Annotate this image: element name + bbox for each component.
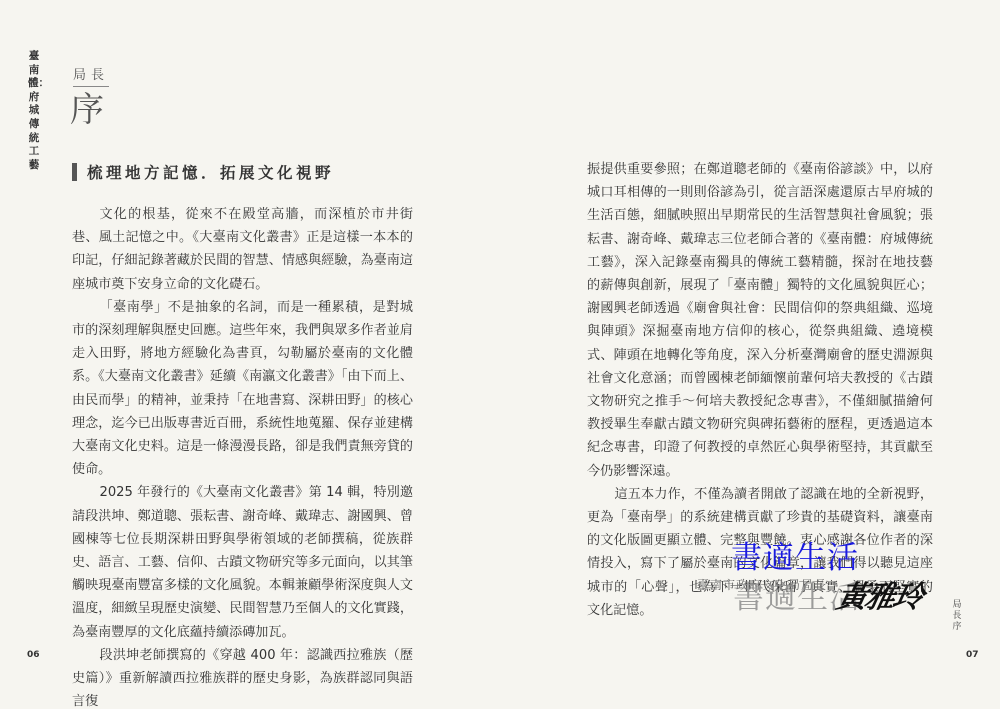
section-bar-icon bbox=[72, 163, 77, 181]
running-title-vertical: 臺南體：府城傳統工藝 bbox=[28, 50, 40, 172]
running-foot-vertical: 局長序 bbox=[951, 600, 963, 633]
book-spread: 臺南體：府城傳統工藝 局長 序 梳理地方記憶．拓展文化視野 文化的根基，從來不在… bbox=[0, 0, 1000, 709]
paragraph: 「臺南學」不是抽象的名詞，而是一種累積，是對城市的深刻理解與歷史回應。這些年來，… bbox=[72, 296, 413, 482]
page-number-right: 07 bbox=[966, 650, 979, 660]
signature: 黃雅玲 bbox=[833, 572, 926, 616]
page-number-left: 06 bbox=[27, 650, 40, 660]
paragraph: 文化的根基，從來不在殿堂高牆，而深植於市井街巷、風土記憶之中。《大臺南文化叢書》… bbox=[72, 203, 413, 296]
section-heading: 梳理地方記憶．拓展文化視野 bbox=[72, 161, 334, 183]
section-heading-text: 梳理地方記憶．拓展文化視野 bbox=[87, 161, 334, 183]
paragraph: 段洪坤老師撰寫的《穿越 400 年：認識西拉雅族（歷史篇）》重新解讀西拉雅族群的… bbox=[72, 644, 413, 709]
paragraph: 振提供重要參照；在鄭道聰老師的《臺南俗諺談》中，以府城口耳相傳的一則則俗諺為引，… bbox=[587, 158, 933, 483]
watermark-overlay: 書適生活 bbox=[731, 532, 859, 577]
paragraph: 2025 年發行的《大臺南文化叢書》第 14 輯，特別邀請段洪坤、鄭道聰、張耘書… bbox=[72, 481, 413, 643]
chapter-title: 序 bbox=[70, 82, 104, 131]
left-body-column: 文化的根基，從來不在殿堂高牆，而深植於市井街巷、風土記憶之中。《大臺南文化叢書》… bbox=[72, 203, 413, 709]
